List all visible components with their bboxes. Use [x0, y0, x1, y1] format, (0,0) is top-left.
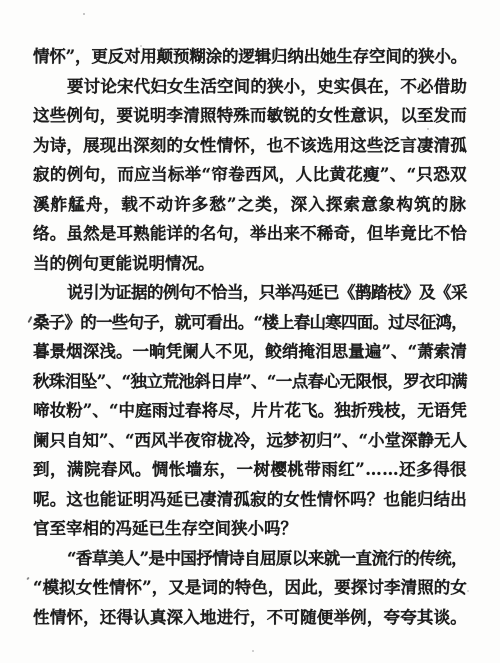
text-line-content: 为诗，展现出深刻的女性情怀，也不该选用这些泛言凄清孤: [33, 136, 467, 155]
text-line: 呢。这也能证明冯延已凄清孤寂的女性情怀吗？也能归结出: [33, 485, 467, 515]
text-line: 情怀”，更反对用颠预糊涂的逻辑归纳出她生存空间的狭小。: [33, 42, 467, 72]
text-line: 秋珠泪坠”、“独立荒池斜日岸”、“一点春心无限恨，罗衣印满: [33, 367, 467, 397]
text-line: 这些例句，要说明李清照特殊而敏锐的女性意识，以至发而: [33, 101, 467, 131]
scan-speck: [26, 577, 29, 581]
text-line-content: 性情怀，还得认真深入地进行，不可随便举例，夸夸其谈。: [33, 608, 467, 627]
text-line-content: 啼妆粉”、“中庭雨过春将尽，片片花飞。独折残枝，无语凭: [33, 401, 467, 420]
text-line: 官至宰相的冯延已生存空间狭小吗？: [33, 514, 467, 544]
text-line-content: 这些例句，要说明李清照特殊而敏锐的女性意识，以至发而: [33, 106, 467, 125]
scanned-page: 情怀”，更反对用颠预糊涂的逻辑归纳出她生存空间的狭小。 要讨论宋代妇女生活空间的…: [0, 0, 500, 663]
scan-speck: [43, 584, 45, 586]
text-line-content: 要讨论宋代妇女生活空间的狭小，史实俱在，不必借助: [67, 77, 467, 96]
text-line-content: 呢。这也能证明冯延已凄清孤寂的女性情怀吗？也能归结出: [33, 490, 467, 509]
text-line-content: 桑子》的一些句子，就可看出。“楼上春山寒四面。过尽征鸿，: [33, 313, 467, 332]
text-line: 当的例句更能说明情况。: [33, 249, 467, 279]
page-text: 情怀”，更反对用颠预糊涂的逻辑归纳出她生存空间的狭小。 要讨论宋代妇女生活空间的…: [33, 42, 467, 632]
text-line-content: 秋珠泪坠”、“独立荒池斜日岸”、“一点春心无限恨，罗衣印满: [33, 372, 467, 391]
text-line: 桑子》的一些句子，就可看出。“楼上春山寒四面。过尽征鸿，: [33, 308, 467, 338]
text-line-content: 当的例句更能说明情况。: [33, 254, 215, 273]
scan-speck: [252, 650, 254, 652]
text-line-content: “香草美人”是中国抒情诗自屈原以来就一直流行的传统，: [67, 549, 467, 568]
text-line: 寂的例句，而应当标举“帘卷西风，人比黄花瘦”、“只恐双: [33, 160, 467, 190]
text-line: 暮景烟深浅。一晌凭阑人不见，鲛绡掩泪思量遍”、“萧索清: [33, 337, 467, 367]
text-line-content: 络。虽然是耳熟能详的名句，举出来不稀奇，但毕竟比不恰: [33, 224, 467, 243]
text-line-content: 暮景烟深浅。一晌凭阑人不见，鲛绡掩泪思量遍”、“萧索清: [33, 342, 467, 361]
scan-speck: [467, 590, 469, 592]
text-line: 溪舴艋舟，载不动许多愁”之类，深入探索意象构筑的脉: [33, 190, 467, 220]
text-line-content: 官至宰相的冯延已生存空间狭小吗？: [33, 519, 297, 538]
scan-speck: [427, 128, 429, 130]
scan-speck: [27, 316, 32, 323]
text-line: “模拟女性情怀”，又是词的特色，因此，要探讨李清照的女: [33, 573, 467, 603]
scan-speck: [83, 13, 85, 15]
text-line: 络。虽然是耳熟能详的名句，举出来不稀奇，但毕竟比不恰: [33, 219, 467, 249]
text-line: “香草美人”是中国抒情诗自屈原以来就一直流行的传统，: [33, 544, 467, 574]
text-line: 为诗，展现出深刻的女性情怀，也不该选用这些泛言凄清孤: [33, 131, 467, 161]
text-line-content: 说引为证据的例句不恰当，只举冯延已《鹊踏枝》及《采: [67, 283, 467, 302]
text-line: 阑只自知”、“西风半夜帘栊冷，远梦初归”、“小堂深静无人: [33, 426, 467, 456]
text-line: 要讨论宋代妇女生活空间的狭小，史实俱在，不必借助: [33, 72, 467, 102]
text-line: 说引为证据的例句不恰当，只举冯延已《鹊踏枝》及《采: [33, 278, 467, 308]
scan-speck: [140, 45, 142, 47]
text-line-content: 到，满院春风。惆怅墙东，一树樱桃带雨红”……还多得很: [33, 460, 467, 479]
text-line-content: 溪舴艋舟，载不动许多愁”之类，深入探索意象构筑的脉: [33, 195, 467, 214]
text-line: 到，满院春风。惆怅墙东，一树樱桃带雨红”……还多得很: [33, 455, 467, 485]
text-line-content: 阑只自知”、“西风半夜帘栊冷，远梦初归”、“小堂深静无人: [33, 431, 467, 450]
text-line-content: “模拟女性情怀”，又是词的特色，因此，要探讨李清照的女: [33, 578, 467, 597]
text-line: 性情怀，还得认真深入地进行，不可随便举例，夸夸其谈。: [33, 603, 467, 633]
text-line: 啼妆粉”、“中庭雨过春将尽，片片花飞。独折残枝，无语凭: [33, 396, 467, 426]
text-line-content: 情怀”，更反对用颠预糊涂的逻辑归纳出她生存空间的狭小。: [33, 47, 467, 66]
text-line-content: 寂的例句，而应当标举“帘卷西风，人比黄花瘦”、“只恐双: [33, 165, 467, 184]
